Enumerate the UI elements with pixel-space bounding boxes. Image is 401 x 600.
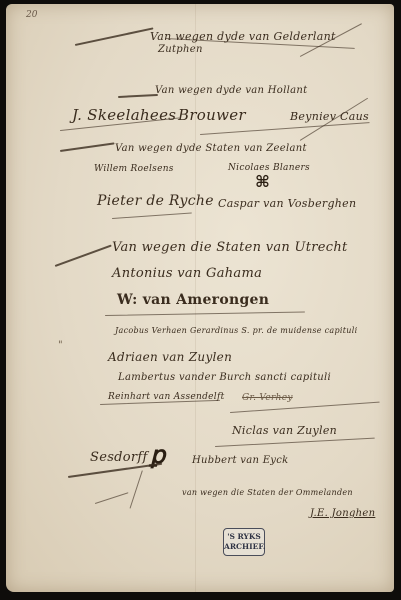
signature: Pieter de Ryche — [97, 193, 214, 209]
utrecht-heading: Van wegen die Staten van Utrecht — [112, 240, 348, 255]
signature: Hubbert van Eyck — [192, 455, 289, 466]
gelderland-heading-cont: Zutphen — [158, 44, 203, 55]
signature: Niclas van Zuylen — [232, 424, 337, 437]
stamp-line-2: ARCHIEF. — [224, 542, 264, 552]
signature: J. Skeelahees — [72, 106, 176, 124]
page-number: 20 — [26, 10, 37, 20]
struck-signature: Gr. Verhey — [242, 393, 293, 403]
signature: Brouwer — [178, 106, 246, 124]
signature: Willem Roelsens — [94, 164, 174, 174]
signature: Antonius van Gahama — [112, 266, 262, 281]
signature: Caspar van Vosberghen — [218, 197, 356, 210]
gelderland-heading: Van wegen dyde van Gelderlant — [150, 30, 336, 43]
stamp-line-1: 'S RYKS — [224, 532, 264, 542]
ommelanden-heading: van wegen die Staten der Ommelanden — [182, 488, 353, 497]
signature: Adriaen van Zuylen — [108, 350, 232, 364]
archive-stamp: 'S RYKS ARCHIEF. — [223, 528, 265, 556]
signature: Jacobus Verhaen Gerardinus S. pr. de mui… — [115, 326, 357, 335]
signature: Lambertus vander Burch sancti capituli — [118, 372, 331, 383]
signature: W: van Amerongen — [117, 292, 269, 308]
holland-heading: Van wegen dyde van Hollant — [155, 85, 307, 96]
signature: Sesdorff — [90, 450, 148, 465]
zeeland-heading: Van wegen dyde Staten van Zeelant — [115, 143, 307, 154]
signature: J.E. Jonghen — [310, 508, 375, 519]
signature-mark: ⌘ — [255, 172, 270, 191]
ditto-mark: " — [58, 340, 63, 351]
